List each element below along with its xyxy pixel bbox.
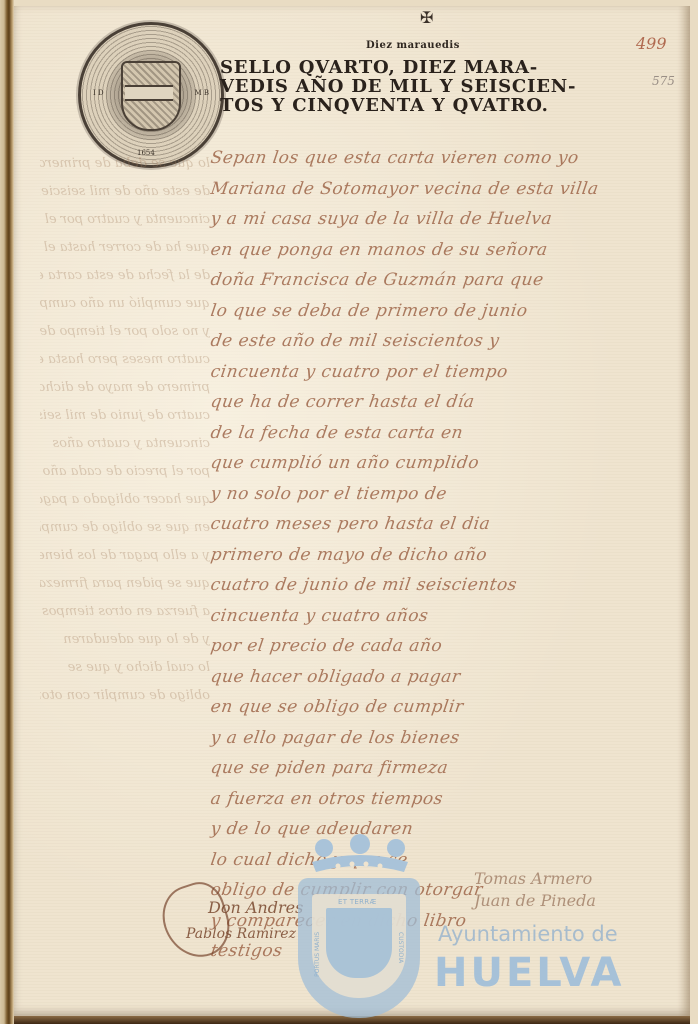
watermark-line2: HUELVA bbox=[434, 950, 624, 996]
stamped-paper-heading: SELLO QVARTO, DIEZ MARA- VEDIS AÑO DE MI… bbox=[220, 58, 640, 115]
stamp-line: TOS Y CINQVENTA Y QVATRO. bbox=[220, 96, 640, 115]
stamp-line: VEDIS AÑO DE MIL Y SEISCIEN- bbox=[220, 77, 640, 96]
signature-flourish-icon bbox=[154, 876, 238, 966]
bleed-through-text: lo que se deba de primero de junio de es… bbox=[40, 156, 210, 716]
crown-icon bbox=[304, 834, 416, 874]
seal-left-text: I D bbox=[93, 89, 104, 97]
seal-band bbox=[125, 85, 173, 101]
secondary-folio-number: 575 bbox=[652, 74, 675, 88]
handwritten-line: cuatro meses pero hasta el dia bbox=[208, 514, 682, 545]
handwritten-line: y a mi casa suya de la villa de Huelva bbox=[208, 209, 682, 240]
watermark-line1: Ayuntamiento de bbox=[438, 922, 618, 946]
handwritten-line: que se piden para firmeza bbox=[208, 758, 682, 789]
handwritten-line: por el precio de cada año bbox=[208, 636, 682, 667]
handwritten-line: de la fecha de esta carta en bbox=[208, 423, 682, 454]
handwritten-line: primero de mayo de dicho año bbox=[208, 545, 682, 576]
handwritten-line: que hacer obligado a pagar bbox=[208, 667, 682, 698]
stamp-value-heading: Diez marauedis bbox=[366, 40, 460, 51]
handwritten-line: de este año de mil seiscientos y bbox=[208, 331, 682, 362]
handwritten-line: doña Francisca de Guzmán para que bbox=[208, 270, 682, 301]
handwritten-line: cuatro de junio de mil seiscientos bbox=[208, 575, 682, 606]
handwritten-line: Mariana de Sotomayor vecina de esta vill… bbox=[208, 179, 682, 210]
handwritten-line: y no solo por el tiempo de bbox=[208, 484, 682, 515]
seal-right-text: M B bbox=[194, 89, 209, 97]
document-page: ✠ Diez marauedis I D M B 1654 SELLO QVAR… bbox=[14, 6, 690, 1018]
handwritten-line: lo que se deba de primero de junio bbox=[208, 301, 682, 332]
handwritten-line: en que se obligo de cumplir bbox=[208, 697, 682, 728]
handwritten-line: Sepan los que esta carta vieren como yo bbox=[208, 148, 682, 179]
shield-icon: ET TERRÆ PORTUS MARIS CUSTODIA bbox=[298, 878, 420, 1018]
folio-number: 499 bbox=[636, 34, 667, 53]
book-binding-edge bbox=[0, 0, 14, 1024]
handwritten-line: que cumplió un año cumplido bbox=[208, 453, 682, 484]
handwritten-line: que ha de correr hasta el día bbox=[208, 392, 682, 423]
handwritten-line: y a ello pagar de los bienes bbox=[208, 728, 682, 759]
royal-seal-emblem: I D M B 1654 bbox=[78, 22, 224, 168]
stamp-line: SELLO QVARTO, DIEZ MARA- bbox=[220, 58, 640, 77]
handwritten-line: a fuerza en otros tiempos bbox=[208, 789, 682, 820]
handwritten-line: cincuenta y cuatro años bbox=[208, 606, 682, 637]
tree-tower-anchor-icon bbox=[326, 908, 392, 978]
huelva-watermark: ET TERRÆ PORTUS MARIS CUSTODIA Ayuntamie… bbox=[298, 834, 638, 1004]
handwritten-line: cincuenta y cuatro por el tiempo bbox=[208, 362, 682, 393]
cross-icon: ✠ bbox=[420, 8, 433, 27]
handwritten-line: en que ponga en manos de su señora bbox=[208, 240, 682, 271]
